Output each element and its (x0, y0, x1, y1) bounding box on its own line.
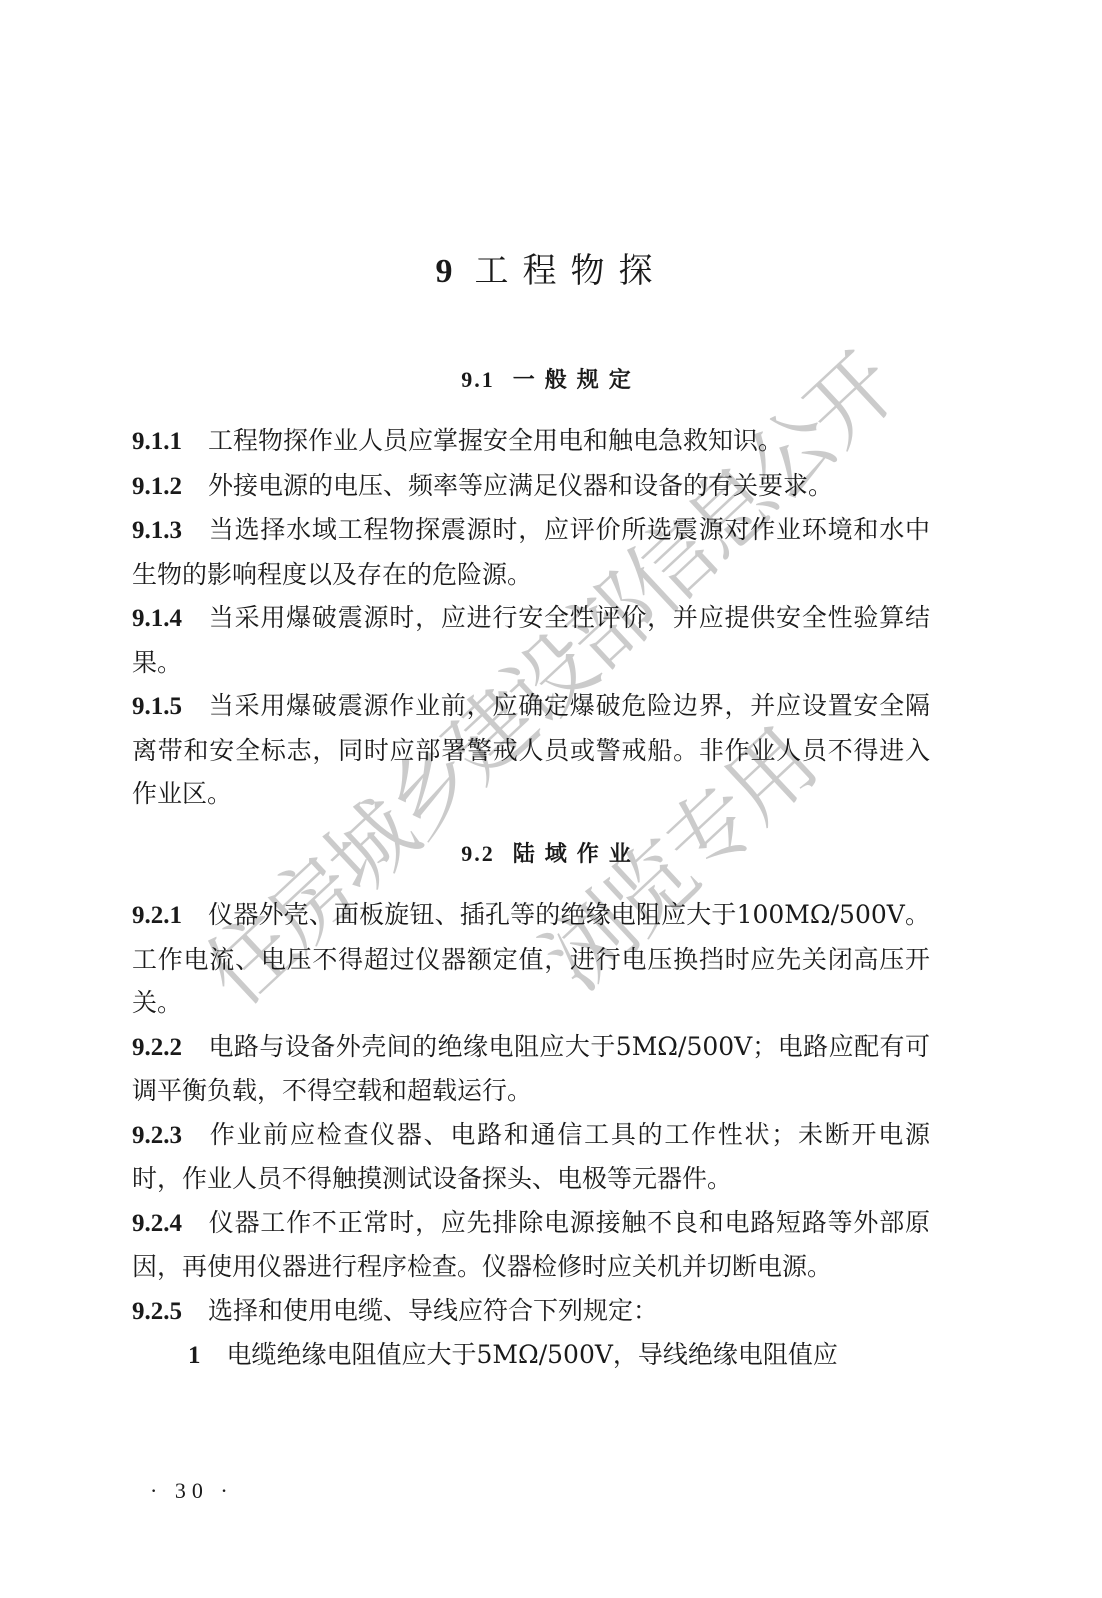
document-page: 9工程物探 9.1一般规定 9.1.1工程物探作业人员应掌握安全用电和触电急救知… (0, 0, 1102, 1598)
clause-number: 9.2.5 (132, 1298, 182, 1325)
section-title-text: 陆域作业 (513, 842, 641, 867)
section-number: 9.1 (461, 367, 495, 392)
clause-text: 当选择水域工程物探震源时，应评价所选震源对作业环境和水中生物的影响程度以及存在的… (132, 515, 930, 589)
chapter-title: 9工程物探 (0, 246, 1102, 297)
clause-9-2-5: 9.2.5选择和使用电缆、导线应符合下列规定： (132, 1289, 930, 1334)
clause-text: 作业前应检查仪器、电路和通信工具的工作性状；未断开电源时，作业人员不得触摸测试设… (132, 1120, 930, 1194)
section-9-1-body: 9.1.1工程物探作业人员应掌握安全用电和触电急救知识。 9.1.2外接电源的电… (132, 419, 930, 816)
section-title-9-2: 9.2陆域作业 (0, 838, 1102, 871)
section-9-2-body: 9.2.1仪器外壳、面板旋钮、插孔等的绝缘电阻应大于100MΩ/500V。工作电… (132, 893, 930, 1378)
clause-text: 仪器外壳、面板旋钮、插孔等的绝缘电阻应大于100MΩ/500V。工作电流、电压不… (132, 900, 930, 1017)
clause-9-1-5: 9.1.5当采用爆破震源作业前，应确定爆破危险边界，并应设置安全隔离带和安全标志… (132, 684, 930, 816)
item-number: 1 (188, 1342, 201, 1369)
clause-9-1-4: 9.1.4当采用爆破震源时，应进行安全性评价，并应提供安全性验算结果。 (132, 596, 930, 684)
clause-number: 9.1.1 (132, 428, 182, 455)
clause-number: 9.1.2 (132, 473, 182, 500)
clause-9-2-3: 9.2.3作业前应检查仪器、电路和通信工具的工作性状；未断开电源时，作业人员不得… (132, 1113, 930, 1201)
clause-number: 9.1.3 (132, 517, 182, 544)
clause-number: 9.1.4 (132, 605, 182, 632)
clause-text: 当采用爆破震源作业前，应确定爆破危险边界，并应设置安全隔离带和安全标志，同时应部… (132, 691, 930, 808)
chapter-title-text: 工程物探 (475, 251, 667, 291)
clause-text: 工程物探作业人员应掌握安全用电和触电急救知识。 (208, 426, 783, 455)
clause-text: 仪器工作不正常时，应先排除电源接触不良和电路短路等外部原因，再使用仪器进行程序检… (132, 1208, 930, 1282)
clause-9-2-1: 9.2.1仪器外壳、面板旋钮、插孔等的绝缘电阻应大于100MΩ/500V。工作电… (132, 893, 930, 1025)
clause-9-1-3: 9.1.3当选择水域工程物探震源时，应评价所选震源对作业环境和水中生物的影响程度… (132, 508, 930, 596)
clause-number: 9.2.2 (132, 1034, 182, 1061)
section-title-text: 一般规定 (513, 368, 641, 393)
page-number: · 30 · (150, 1478, 234, 1504)
clause-text: 当采用爆破震源时，应进行安全性评价，并应提供安全性验算结果。 (132, 603, 930, 677)
clause-9-2-2: 9.2.2电路与设备外壳间的绝缘电阻应大于5MΩ/500V；电路应配有可调平衡负… (132, 1025, 930, 1113)
section-number: 9.2 (461, 841, 495, 866)
item-text: 电缆绝缘电阻值应大于5MΩ/500V，导线绝缘电阻值应 (227, 1340, 838, 1369)
clause-number: 9.2.1 (132, 902, 182, 929)
clause-number: 9.2.3 (132, 1122, 182, 1149)
clause-9-1-1: 9.1.1工程物探作业人员应掌握安全用电和触电急救知识。 (132, 419, 930, 464)
clause-text: 外接电源的电压、频率等应满足仪器和设备的有关要求。 (208, 471, 833, 500)
section-title-9-1: 9.1一般规定 (0, 364, 1102, 397)
clause-number: 9.2.4 (132, 1210, 182, 1237)
clause-text: 电路与设备外壳间的绝缘电阻应大于5MΩ/500V；电路应配有可调平衡负载，不得空… (132, 1032, 930, 1106)
list-item-1: 1电缆绝缘电阻值应大于5MΩ/500V，导线绝缘电阻值应 (132, 1333, 930, 1378)
clause-9-1-2: 9.1.2外接电源的电压、频率等应满足仪器和设备的有关要求。 (132, 464, 930, 509)
chapter-number: 9 (436, 253, 453, 290)
clause-text: 选择和使用电缆、导线应符合下列规定： (208, 1296, 658, 1325)
clause-number: 9.1.5 (132, 693, 182, 720)
clause-9-2-4: 9.2.4仪器工作不正常时，应先排除电源接触不良和电路短路等外部原因，再使用仪器… (132, 1201, 930, 1289)
